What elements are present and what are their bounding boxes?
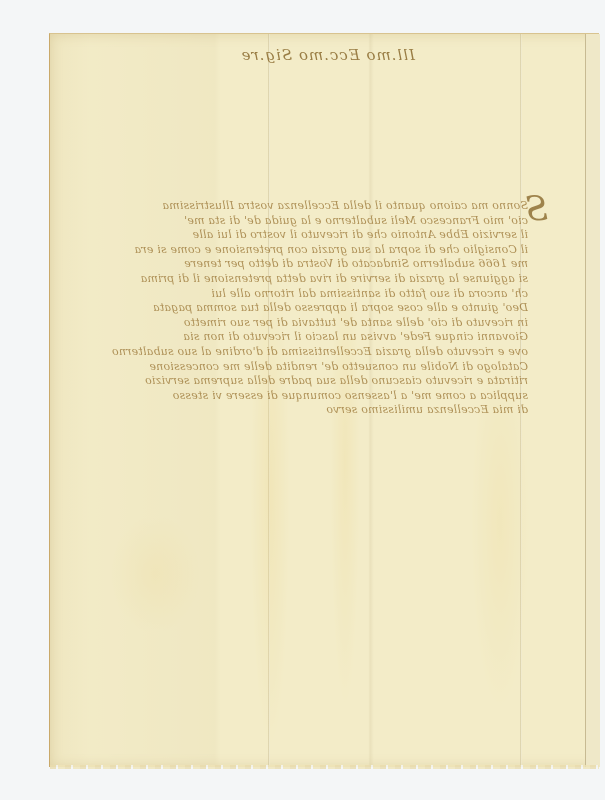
adjacent-sheet-edge — [585, 34, 600, 767]
handwritten-line: Catalogo di Nobile un consuetto de' rend… — [58, 360, 528, 375]
handwritten-line: il Consiglio che di sopra la sua grazia … — [58, 243, 528, 258]
handwritten-line: ritirata e ricevuto ciascuno della sua p… — [58, 374, 528, 389]
deckle-edge — [50, 765, 599, 769]
handwritten-line: Sonno ma caiono quanto il della Eccellen… — [58, 199, 528, 214]
manuscript-page: Ill.mo Ecc.mo Sig.re S Sonno ma caiono q… — [49, 33, 599, 767]
handwritten-line: si aggiunse la grazia di servire di riva… — [58, 272, 528, 287]
handwritten-text-block: Sonno ma caiono quanto il della Eccellen… — [58, 199, 528, 418]
handwritten-line: supplica a come me' a l'assenso comunque… — [58, 389, 528, 404]
handwritten-line: in ricevuto di cio' delle santa de' tutt… — [58, 316, 528, 331]
letter-salutation-header: Ill.mo Ecc.mo Sig.re — [265, 46, 415, 72]
handwritten-line: il servizio Ebbe Antonio che di ricevuto… — [58, 228, 528, 243]
decorative-initial: S — [525, 189, 548, 229]
handwritten-line: Deo' giunto e alle cose sopra li appress… — [58, 301, 528, 316]
handwritten-line: Giovanni cinque Fede' avvisa un lascio i… — [58, 330, 528, 345]
handwritten-line: cio' mio Francesco Meli subalterno e la … — [58, 214, 528, 229]
handwritten-line-closing: di mia Eccellenza umilissimo servo — [246, 403, 528, 418]
handwritten-line: ch' ancora di suo fatto di santissima da… — [58, 287, 528, 302]
handwritten-line: me 1666 subalterno Sindacato di Vostra d… — [58, 257, 528, 272]
handwritten-line: ove e ricevuto della grazia Eccellentiss… — [58, 345, 528, 360]
ink-bleed-stain — [110, 514, 200, 634]
